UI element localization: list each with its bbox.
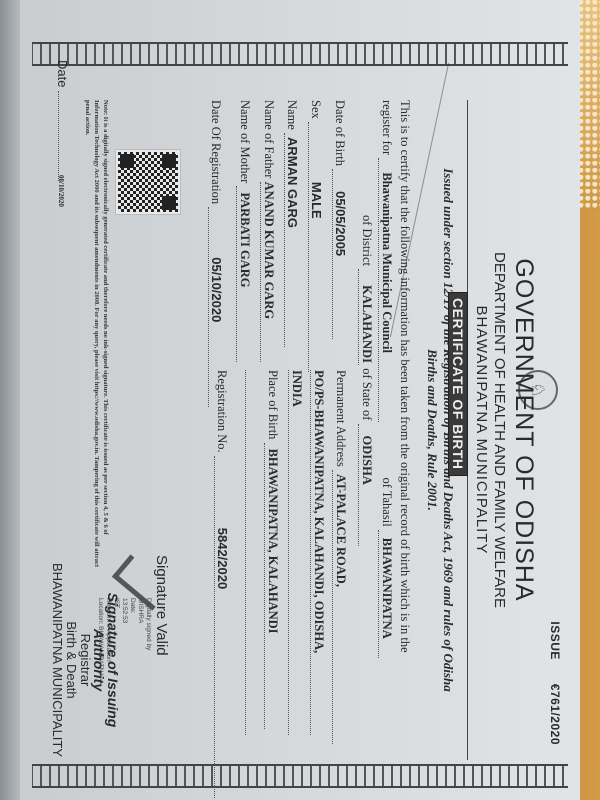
place-of-birth-value: BHAWANIPATNA, KALAHANDI (264, 443, 280, 729)
date-row: Date (55, 60, 70, 181)
dob-label: Date of Birth (333, 100, 347, 166)
signature-detail: MISHRA (136, 598, 144, 677)
address-line3-row: INDIA (288, 370, 304, 735)
sex-label: Sex (309, 100, 323, 119)
name-label: Name (285, 100, 299, 130)
father-row: Name of Father ANAND KUMAR GARG (260, 100, 276, 362)
issue-value: €761/2020 (548, 684, 562, 745)
signature-detail: 13:52:53 (120, 598, 128, 677)
address-line1: AT-PALACE ROAD, (332, 470, 348, 744)
sex-row: Sex MALE (308, 100, 324, 372)
municipality-heading: BHAWANIPATNA MUNICIPALITY (473, 60, 490, 800)
issuing-authority-title: Signature of Issuing Authority (92, 560, 120, 760)
address-row: Permanent Address AT-PALACE ROAD, (332, 370, 348, 744)
date-label: Date (55, 60, 70, 87)
district-value: KALAHANDI (358, 269, 374, 365)
registration-no-value: 5842/2020 (214, 456, 230, 798)
register-for-row: register for Bhawanipatna Municipal Coun… (378, 100, 394, 658)
issued-under-line2: Births and Deaths, Rule 2001. (424, 100, 440, 760)
dob-row: Date of Birth 05/05/2005 (332, 100, 348, 339)
mother-value: PARBATI GARG (236, 186, 252, 362)
district-label: of District (360, 215, 374, 266)
issue-label: ISSUE (548, 621, 562, 660)
father-value: ANAND KUMAR GARG (260, 182, 276, 362)
signature-detail: Date: (128, 598, 136, 677)
blank-row (241, 370, 256, 735)
state-value: ODISHA (358, 424, 374, 546)
state-label: of State of (360, 368, 374, 420)
name-row: Name ARMAN GARG (284, 100, 300, 347)
date-value: 08/10/2020 (57, 175, 65, 207)
register-for-label: register for (380, 100, 394, 155)
registration-date-label: Date Of Registration (209, 100, 223, 204)
registration-no-row: Registration No. 5842/2020 (214, 370, 230, 798)
sex-value: MALE (308, 122, 324, 372)
district-state-row: of District KALAHANDI of State of ODISHA (358, 215, 374, 546)
dob-value: 05/05/2005 (332, 169, 348, 339)
issue-number: ISSUE €761/2020 (548, 621, 562, 745)
mother-label: Name of Mother (238, 100, 252, 183)
issuing-authority-block: Signature of Issuing Authority Registrar… (50, 560, 120, 760)
government-heading: GOVERNMENT OF ODISHA (509, 60, 538, 800)
address-label: Permanent Address (334, 370, 348, 467)
register-for-value: Bhawanipatna Municipal Council (378, 158, 394, 422)
birth-certificate: ISSUE €761/2020 ♘ GOVERNMENT OF ODISHA D… (20, 0, 580, 800)
certificate-title: CERTIFICATE OF BIRTH (448, 292, 468, 476)
registrar-label: Registrar (78, 560, 92, 760)
address-line3: INDIA (288, 370, 304, 735)
mother-row: Name of Mother PARBATI GARG (236, 100, 252, 362)
address-line2: PO/PS-BHAWANIPATNA, KALAHANDI, ODISHA, (310, 370, 326, 735)
authority-municipality: BHAWANIPATNA MUNICIPALITY (50, 560, 64, 760)
registration-no-label: Registration No. (215, 370, 229, 453)
department-heading: DEPARTMENT OF HEALTH AND FAMILY WELFARE (491, 60, 508, 800)
qr-code (116, 150, 180, 214)
footer-note: Note: It is a digitally signed electroni… (83, 100, 110, 570)
tahasil-value: BHAWANIPATNA (378, 530, 394, 658)
father-label: Name of Father (262, 100, 276, 178)
name-value: ARMAN GARG (284, 133, 300, 347)
tahasil-label: of Tahasil (380, 477, 394, 526)
birth-death-label: Birth & Death (64, 560, 78, 760)
place-of-birth-row: Place of Birth BHAWANIPATNA, KALAHANDI (264, 370, 280, 729)
registration-date-row: Date Of Registration 05/10/2020 (208, 100, 224, 407)
certify-statement: This is to certify that the following in… (397, 100, 412, 653)
signature-detail: Digitally signed by (144, 598, 152, 677)
address-line2-row: PO/PS-BHAWANIPATNA, KALAHANDI, ODISHA, (310, 370, 326, 735)
place-of-birth-label: Place of Birth (266, 370, 280, 439)
